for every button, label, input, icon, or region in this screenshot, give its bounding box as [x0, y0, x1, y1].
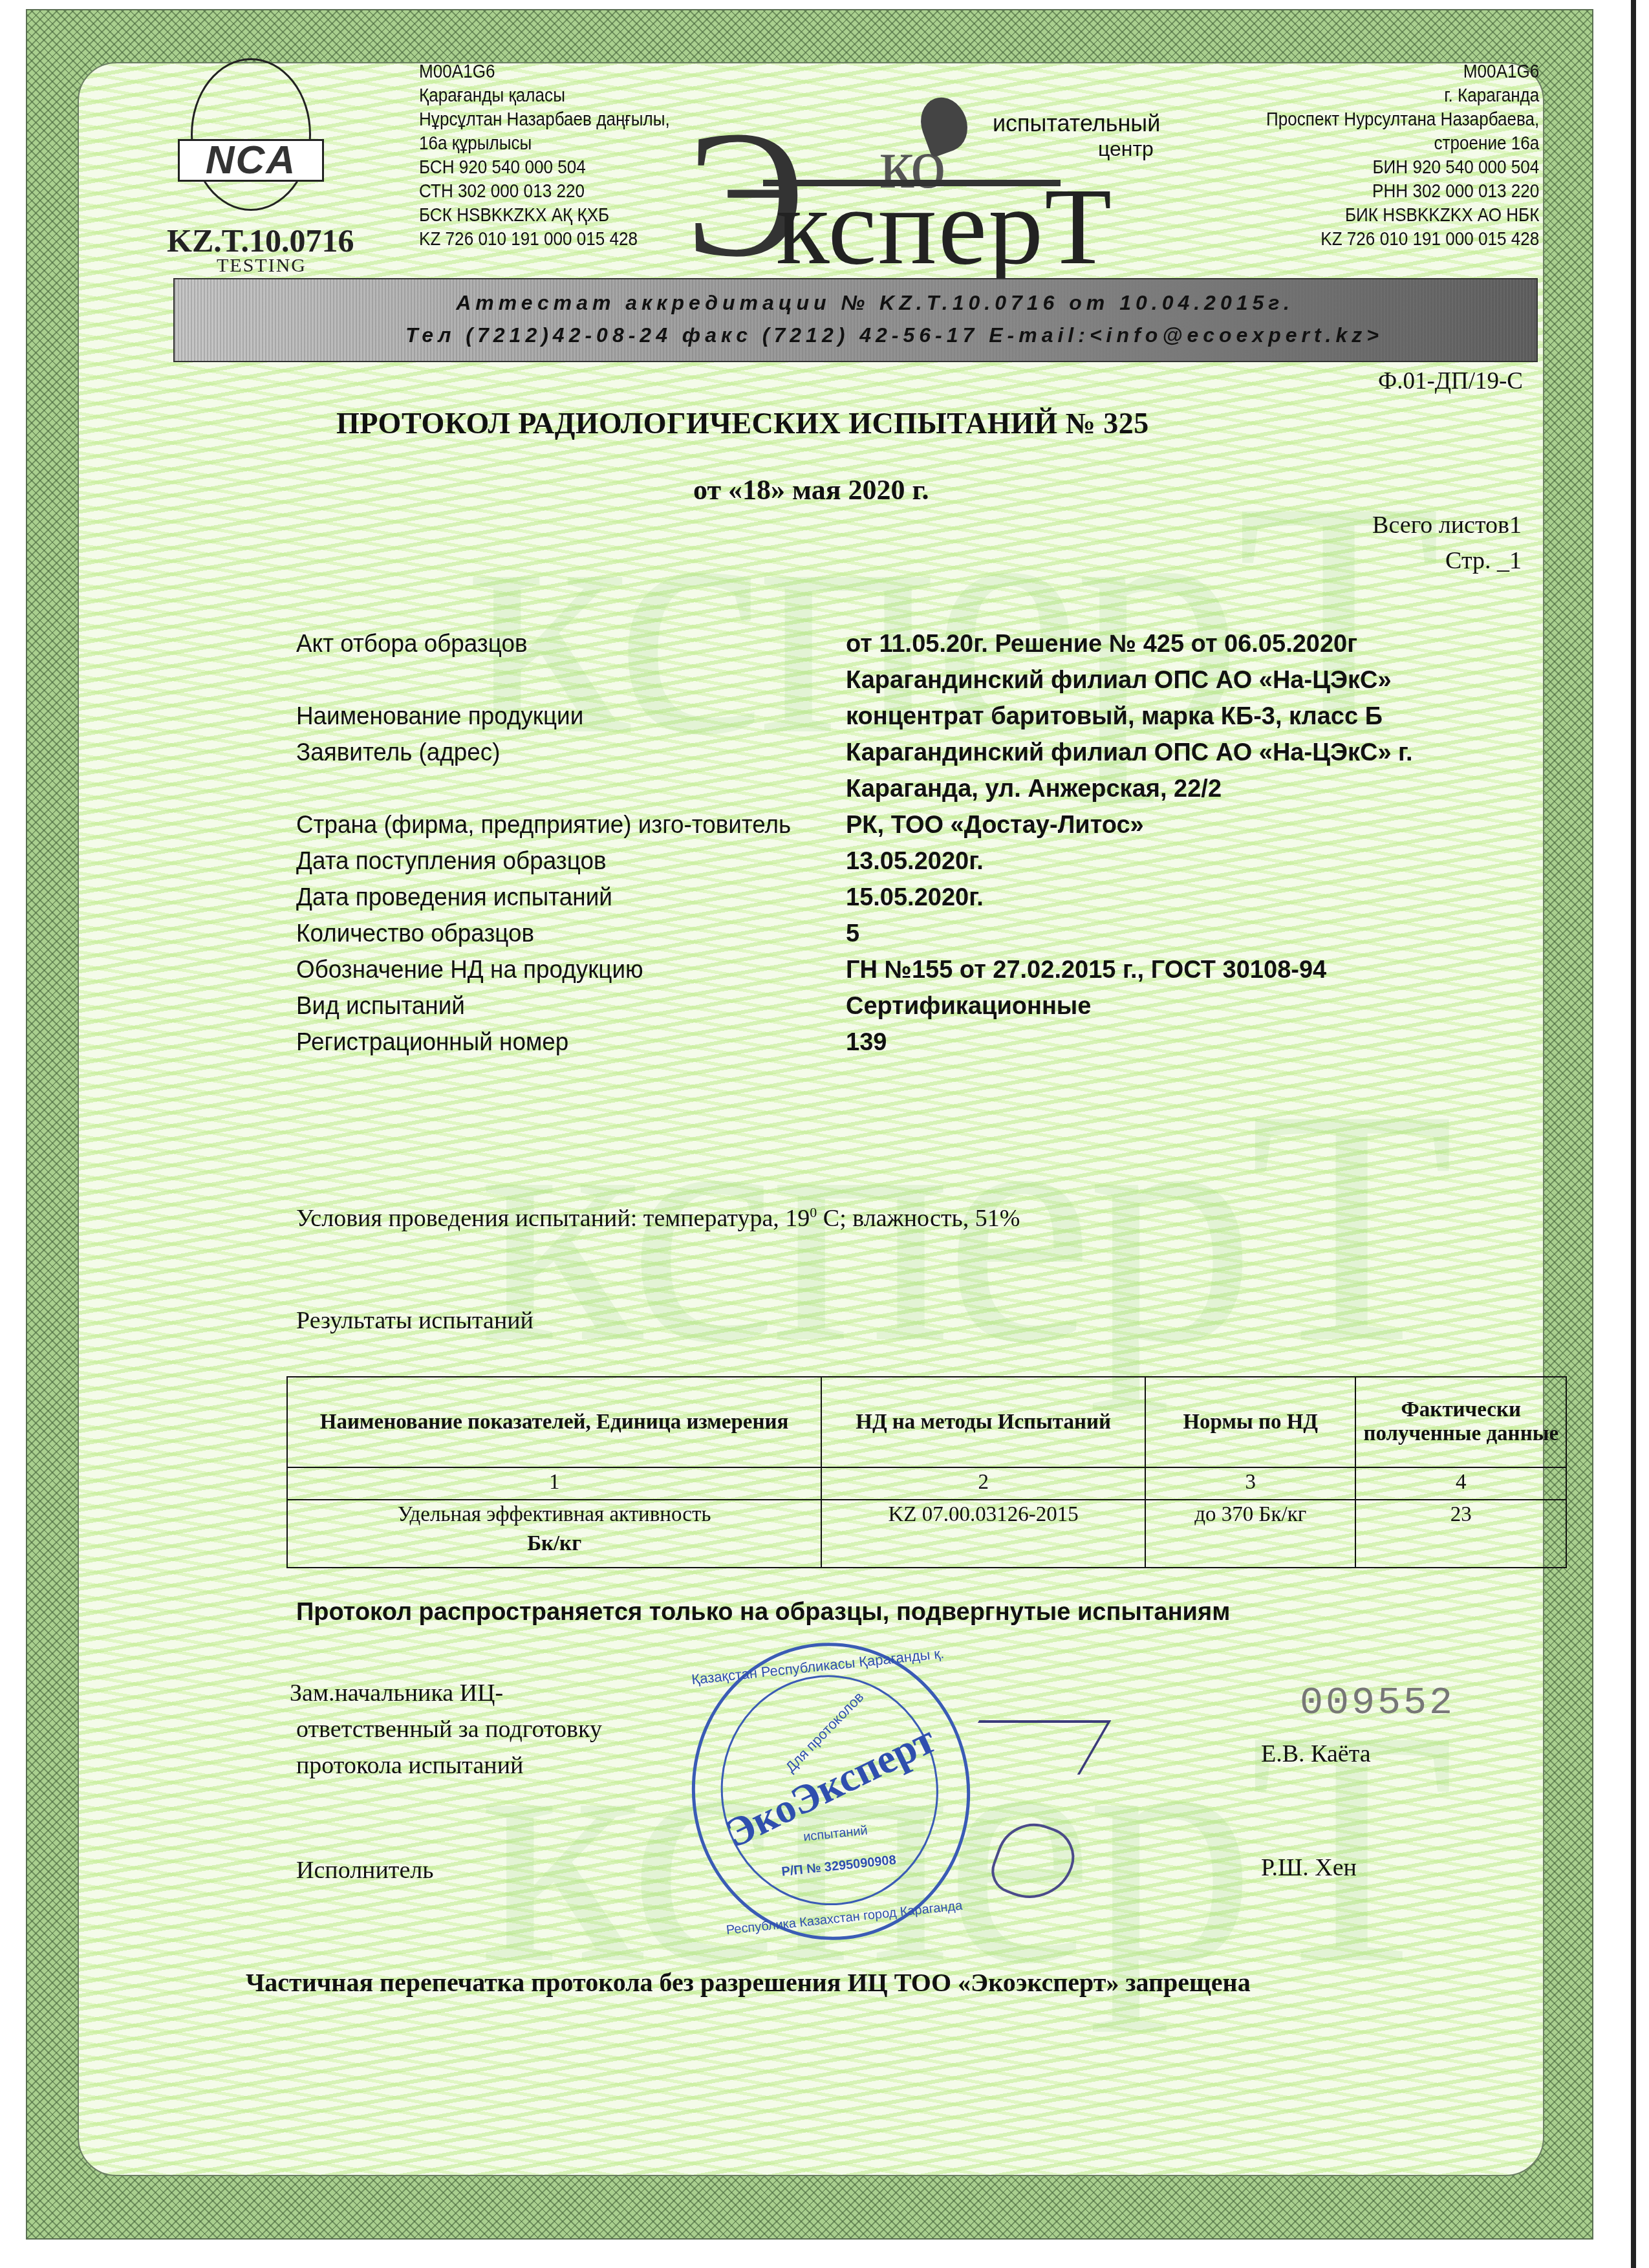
- address-line: 16а құрылысы: [419, 132, 670, 156]
- column-number-row: 1 2 3 4: [287, 1467, 1566, 1500]
- field-value: Карагандинский филиал ОПС АО «На-ЦЭкС» г…: [846, 735, 1525, 807]
- indicator-cell: Удельная эффективная активность Бк/кг: [287, 1500, 821, 1568]
- document-date: от «18» мая 2020 г.: [693, 473, 929, 506]
- field-label: Дата проведения испытаний: [296, 880, 830, 916]
- field-label: Обозначение НД на продукцию: [296, 952, 830, 988]
- actual-cell: 23: [1355, 1500, 1566, 1568]
- total-sheets: Всего листов1: [1372, 511, 1522, 539]
- indicator-name: Удельная эффективная активность: [398, 1503, 711, 1526]
- conditions-text: Условия проведения испытаний: температур…: [296, 1205, 810, 1232]
- field-label: Акт отбора образцов: [296, 626, 830, 698]
- results-heading: Результаты испытаний: [296, 1306, 533, 1335]
- field-row: Дата проведения испытаний 15.05.2020г.: [296, 880, 1525, 916]
- accreditation-code: KZ.T.10.0716: [167, 222, 354, 259]
- method-cell: KZ 07.00.03126-2015: [821, 1500, 1145, 1568]
- column-number: 1: [287, 1467, 821, 1500]
- conditions-text: С; влажность, 51%: [817, 1205, 1020, 1232]
- field-label: Наименование продукции: [296, 698, 830, 735]
- field-row: Акт отбора образцов от 11.05.20г. Решени…: [296, 626, 1525, 698]
- address-line: Қарағанды қаласы: [419, 84, 670, 108]
- field-row: Обозначение НД на продукцию ГН №155 от 2…: [296, 952, 1525, 988]
- field-value: 5: [846, 916, 1525, 952]
- field-row: Регистрационный номер 139: [296, 1024, 1525, 1061]
- address-line: г. Караганда: [1266, 84, 1539, 108]
- address-line: РНН 302 000 013 220: [1266, 180, 1539, 204]
- field-label: Заявитель (адрес): [296, 735, 830, 807]
- column-header: Наименование показателей, Единица измере…: [287, 1377, 821, 1467]
- logo-tagline: испытательный: [993, 110, 1160, 137]
- column-number: 4: [1355, 1467, 1566, 1500]
- deputy-title: Зам.начальника ИЦ- ответственный за подг…: [290, 1675, 602, 1784]
- address-line: Нұрсұлтан Назарбаев даңғылы,: [419, 108, 670, 132]
- accreditation-line: Аттестат аккредитации № KZ.T.10.0716 от …: [194, 291, 1556, 315]
- field-value: РК, ТОО «Достау-Литос»: [846, 807, 1525, 843]
- field-row: Заявитель (адрес) Карагандинский филиал …: [296, 735, 1525, 807]
- logo-wordmark: ксперТ: [776, 171, 1113, 281]
- column-number: 2: [821, 1467, 1145, 1500]
- indicator-unit: Бк/кг: [292, 1532, 817, 1556]
- degree-mark: 0: [810, 1204, 817, 1220]
- accreditation-band: Аттестат аккредитации № KZ.T.10.0716 от …: [173, 278, 1538, 362]
- title-line: протокола испытаний: [290, 1747, 602, 1784]
- address-line: БИН 920 540 000 504: [1266, 156, 1539, 180]
- address-line: KZ 726 010 191 000 015 428: [419, 228, 670, 252]
- executor-title: Исполнитель: [296, 1856, 434, 1885]
- field-label: Регистрационный номер: [296, 1024, 830, 1061]
- field-label: Страна (фирма, предприятие) изго-товител…: [296, 807, 830, 843]
- field-row: Наименование продукции концентрат барито…: [296, 698, 1525, 735]
- norm-cell: до 370 Бк/кг: [1145, 1500, 1355, 1568]
- address-line: Проспект Нурсултана Назарбаева,: [1266, 108, 1539, 132]
- address-ru: M00A1G6 г. Караганда Проспект Нурсултана…: [1266, 60, 1539, 252]
- field-value: 13.05.2020г.: [846, 843, 1525, 880]
- executor-name: Р.Ш. Хен: [1261, 1853, 1357, 1882]
- nca-wordmark: NCA: [178, 139, 324, 182]
- reprint-notice: Частичная перепечатка протокола без разр…: [246, 1967, 1251, 1998]
- address-line: БСН 920 540 000 504: [419, 156, 670, 180]
- field-value: концентрат баритовый, марка КБ-3, класс …: [846, 698, 1525, 735]
- table-header-row: Наименование показателей, Единица измере…: [287, 1377, 1566, 1467]
- column-header: Фактически полученные данные: [1355, 1377, 1566, 1467]
- field-value: 139: [846, 1024, 1525, 1061]
- scan-edge: [1631, 0, 1636, 2268]
- column-number: 3: [1145, 1467, 1355, 1500]
- title-line: Зам.начальника ИЦ-: [290, 1675, 602, 1711]
- field-value: от 11.05.20г. Решение № 425 от 06.05.202…: [846, 626, 1525, 698]
- field-label: Вид испытаний: [296, 988, 830, 1024]
- address-line: KZ 726 010 191 000 015 428: [1266, 228, 1539, 252]
- field-label: Количество образцов: [296, 916, 830, 952]
- field-row: Дата поступления образцов 13.05.2020г.: [296, 843, 1525, 880]
- test-conditions: Условия проведения испытаний: температур…: [296, 1204, 1020, 1233]
- column-header: Нормы по НД: [1145, 1377, 1355, 1467]
- address-line: БСК HSBKKZKX АҚ ҚХБ: [419, 204, 670, 228]
- page-number: Стр. _1: [1445, 546, 1522, 575]
- deputy-name: Е.В. Каёта: [1261, 1740, 1371, 1768]
- protocol-scope-note: Протокол распространяется только на обра…: [296, 1599, 1230, 1626]
- contacts-line: Тел (7212)42-08-24 факс (7212) 42-56-17 …: [213, 323, 1575, 347]
- address-kz: M00A1G6 Қарағанды қаласы Нұрсұлтан Назар…: [419, 60, 670, 252]
- page-title: ПРОТОКОЛ РАДИОЛОГИЧЕСКИХ ИСПЫТАНИЙ № 325: [336, 406, 1149, 440]
- field-value: Сертификационные: [846, 988, 1525, 1024]
- serial-number: 009552: [1300, 1681, 1455, 1725]
- address-line: M00A1G6: [419, 60, 670, 84]
- field-value: ГН №155 от 27.02.2015 г., ГОСТ 30108-94: [846, 952, 1525, 988]
- testing-label: TESTING: [217, 255, 307, 277]
- logo-tagline: центр: [1098, 137, 1154, 161]
- title-line: ответственный за подготовку: [290, 1711, 602, 1747]
- field-row: Вид испытаний Сертификационные: [296, 988, 1525, 1024]
- table-row: Удельная эффективная активность Бк/кг KZ…: [287, 1500, 1566, 1568]
- field-row: Страна (фирма, предприятие) изго-товител…: [296, 807, 1525, 843]
- address-line: БИК HSBKKZKX АО НБК: [1266, 204, 1539, 228]
- field-row: Количество образцов 5: [296, 916, 1525, 952]
- address-line: строение 16а: [1266, 132, 1539, 156]
- address-line: M00A1G6: [1266, 60, 1539, 84]
- field-value: 15.05.2020г.: [846, 880, 1525, 916]
- results-table: Наименование показателей, Единица измере…: [286, 1376, 1567, 1568]
- column-header: НД на методы Испытаний: [821, 1377, 1145, 1467]
- address-line: СТН 302 000 013 220: [419, 180, 670, 204]
- globe-icon: [191, 58, 311, 211]
- field-label: Дата поступления образцов: [296, 843, 830, 880]
- form-code: Ф.01-ДП/19-С: [1378, 367, 1523, 395]
- sample-details: Акт отбора образцов от 11.05.20г. Решени…: [296, 626, 1525, 1061]
